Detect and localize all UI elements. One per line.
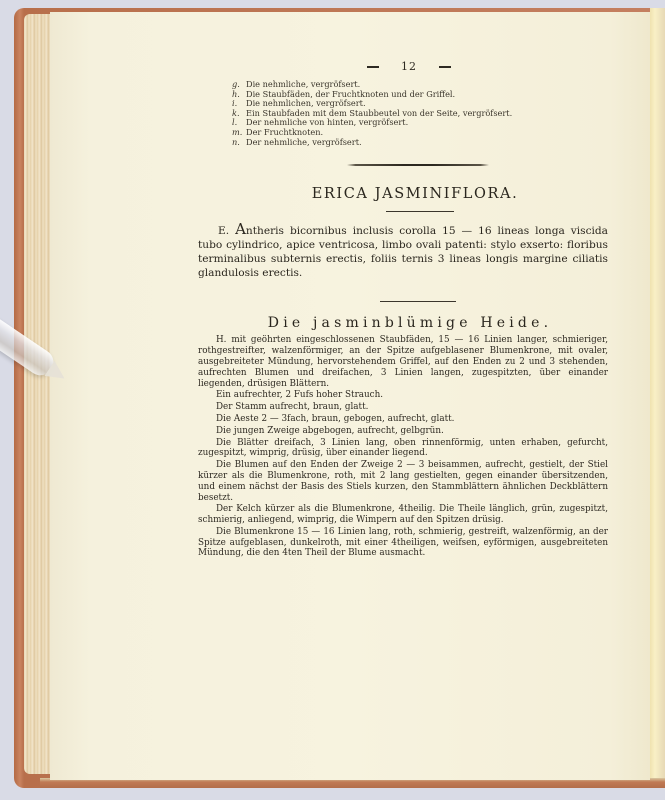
legend-item: n.Der nehmliche, vergröfsert. — [232, 138, 610, 148]
section-divider — [380, 301, 456, 302]
page-number: 12 — [208, 60, 610, 73]
page-number-dash-right — [439, 66, 451, 68]
ornamental-divider — [347, 164, 489, 166]
german-title: Die jasminblümige Heide. — [210, 315, 610, 331]
figure-legend: g.Die nehmliche, vergröfsert. h.Die Stau… — [232, 80, 610, 147]
paragraph: H. mit geöhrten eingeschlossenen Staubfä… — [198, 335, 608, 389]
paragraph: Die Aeste 2 — 3fach, braun, gebogen, auf… — [198, 414, 608, 425]
latin-initial: A — [235, 220, 246, 238]
paragraph: Die Blätter dreifach, 3 Linien lang, obe… — [198, 438, 608, 460]
legend-text: Der nehmliche, vergröfsert. — [246, 138, 362, 148]
paragraph: Ein aufrechter, 2 Fufs hoher Strauch. — [198, 390, 608, 401]
paragraph: Der Stamm aufrecht, braun, glatt. — [198, 402, 608, 413]
paragraph: Die Blumen auf den Enden der Zweige 2 — … — [198, 460, 608, 503]
latin-description: E. Antheris bicornibus inclusis corolla … — [198, 223, 608, 280]
page-text: 12 g.Die nehmliche, vergröfsert. h.Die S… — [198, 60, 610, 559]
species-title: ERICA JASMINIFLORA. — [220, 186, 610, 202]
page-number-dash-left — [367, 66, 379, 68]
page-number-value: 12 — [401, 60, 417, 73]
legend-letter: n. — [232, 138, 246, 148]
paragraph: Der Kelch kürzer als die Blumenkrone, 4t… — [198, 504, 608, 526]
paragraph: Die jungen Zweige abgebogen, aufrecht, g… — [198, 426, 608, 437]
title-divider — [386, 211, 454, 212]
latin-text: ntheris bicornibus inclusis corolla 15 —… — [198, 225, 608, 278]
paragraph: Die Blumenkrone 15 — 16 Linien lang, rot… — [198, 527, 608, 559]
latin-prefix: E. — [218, 225, 229, 237]
page-gutter — [650, 8, 665, 788]
german-description: H. mit geöhrten eingeschlossenen Staubfä… — [198, 335, 608, 559]
